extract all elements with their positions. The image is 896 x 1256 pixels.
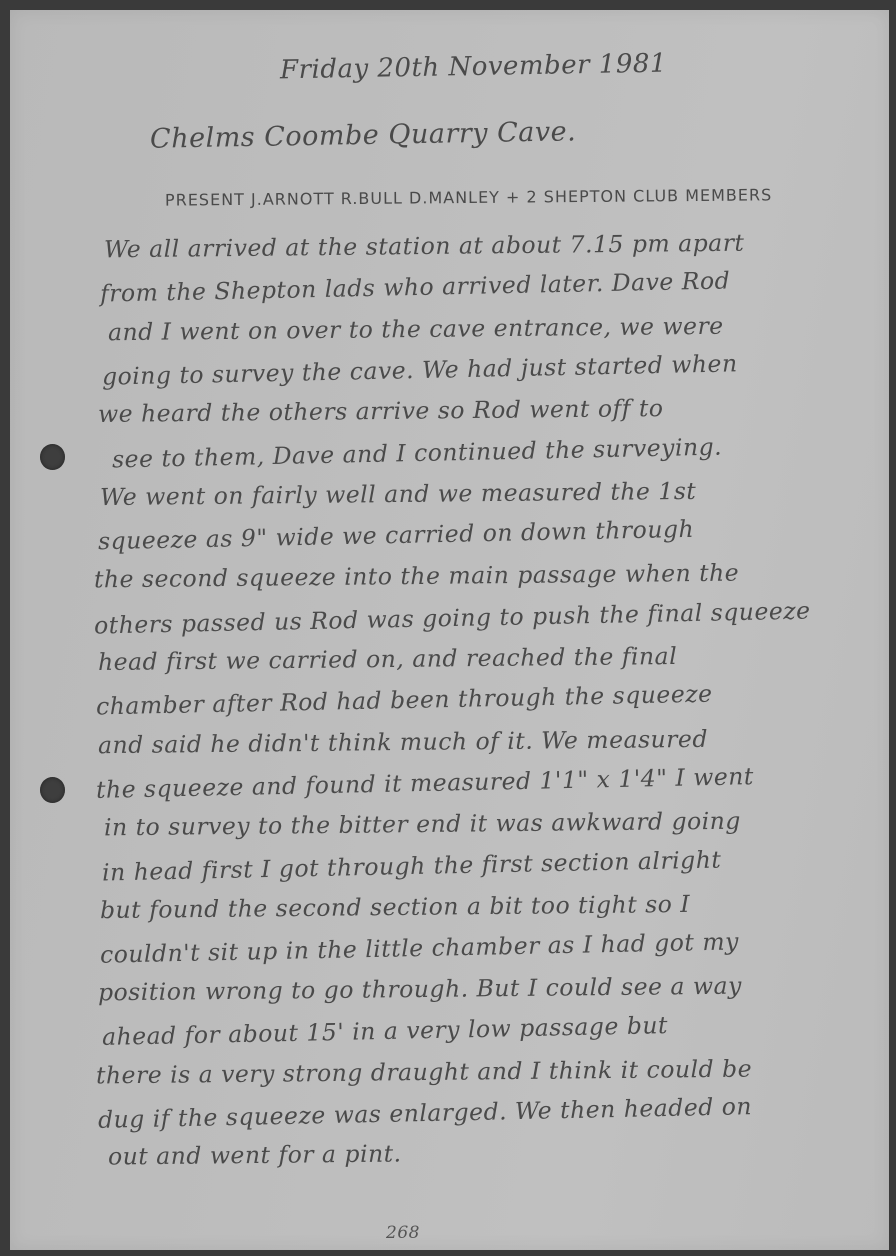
punch-hole-top [40,444,65,470]
cave-title: Chelms Coombe Quarry Cave. [150,116,577,154]
journal-line: We went on fairly well and we measured t… [100,477,697,511]
journal-line: squeeze as 9" wide we carried on down th… [98,515,695,555]
journal-line: position wrong to go through. But I coul… [98,972,742,1007]
journal-line: the squeeze and found it measured 1'1" x… [96,762,754,804]
journal-line: see to them, Dave and I continued the su… [112,432,723,473]
journal-line: and said he didn't think much of it. We … [98,724,708,758]
journal-line: the second squeeze into the main passage… [94,559,739,594]
journal-line: chamber after Rod had been through the s… [96,680,713,721]
journal-line: from the Shepton lads who arrived later.… [100,267,731,308]
journal-line: but found the second section a bit too t… [100,890,690,924]
journal-line: in to survey to the bitter end it was aw… [104,807,741,842]
journal-line: we heard the others arrive so Rod went o… [98,394,664,428]
journal-line: ahead for about 15' in a very low passag… [102,1011,668,1051]
journal-line: others passed us Rod was going to push t… [94,596,811,639]
journal-line: going to survey the cave. We had just st… [102,349,738,390]
journal-line: We all arrived at the station at about 7… [104,229,745,264]
page-number: 268 [386,1223,420,1243]
entry-date: Friday 20th November 1981 [280,49,667,86]
journal-line: in head first I got through the first se… [102,845,722,886]
journal-line: head first we carried on, and reached th… [98,642,677,676]
journal-line: dug if the squeeze was enlarged. We then… [98,1092,752,1134]
journal-line: couldn't sit up in the little chamber as… [100,927,739,968]
journal-line: and I went on over to the cave entrance,… [108,311,724,345]
punch-hole-bottom [40,777,65,803]
journal-line: there is a very strong draught and I thi… [96,1055,752,1090]
attendees-line: PRESENT J.ARNOTT R.BULL D.MANLEY + 2 SHE… [165,185,772,209]
notebook-page: Friday 20th November 1981 Chelms Coombe … [10,10,889,1250]
journal-line: out and went for a pint. [108,1139,402,1170]
